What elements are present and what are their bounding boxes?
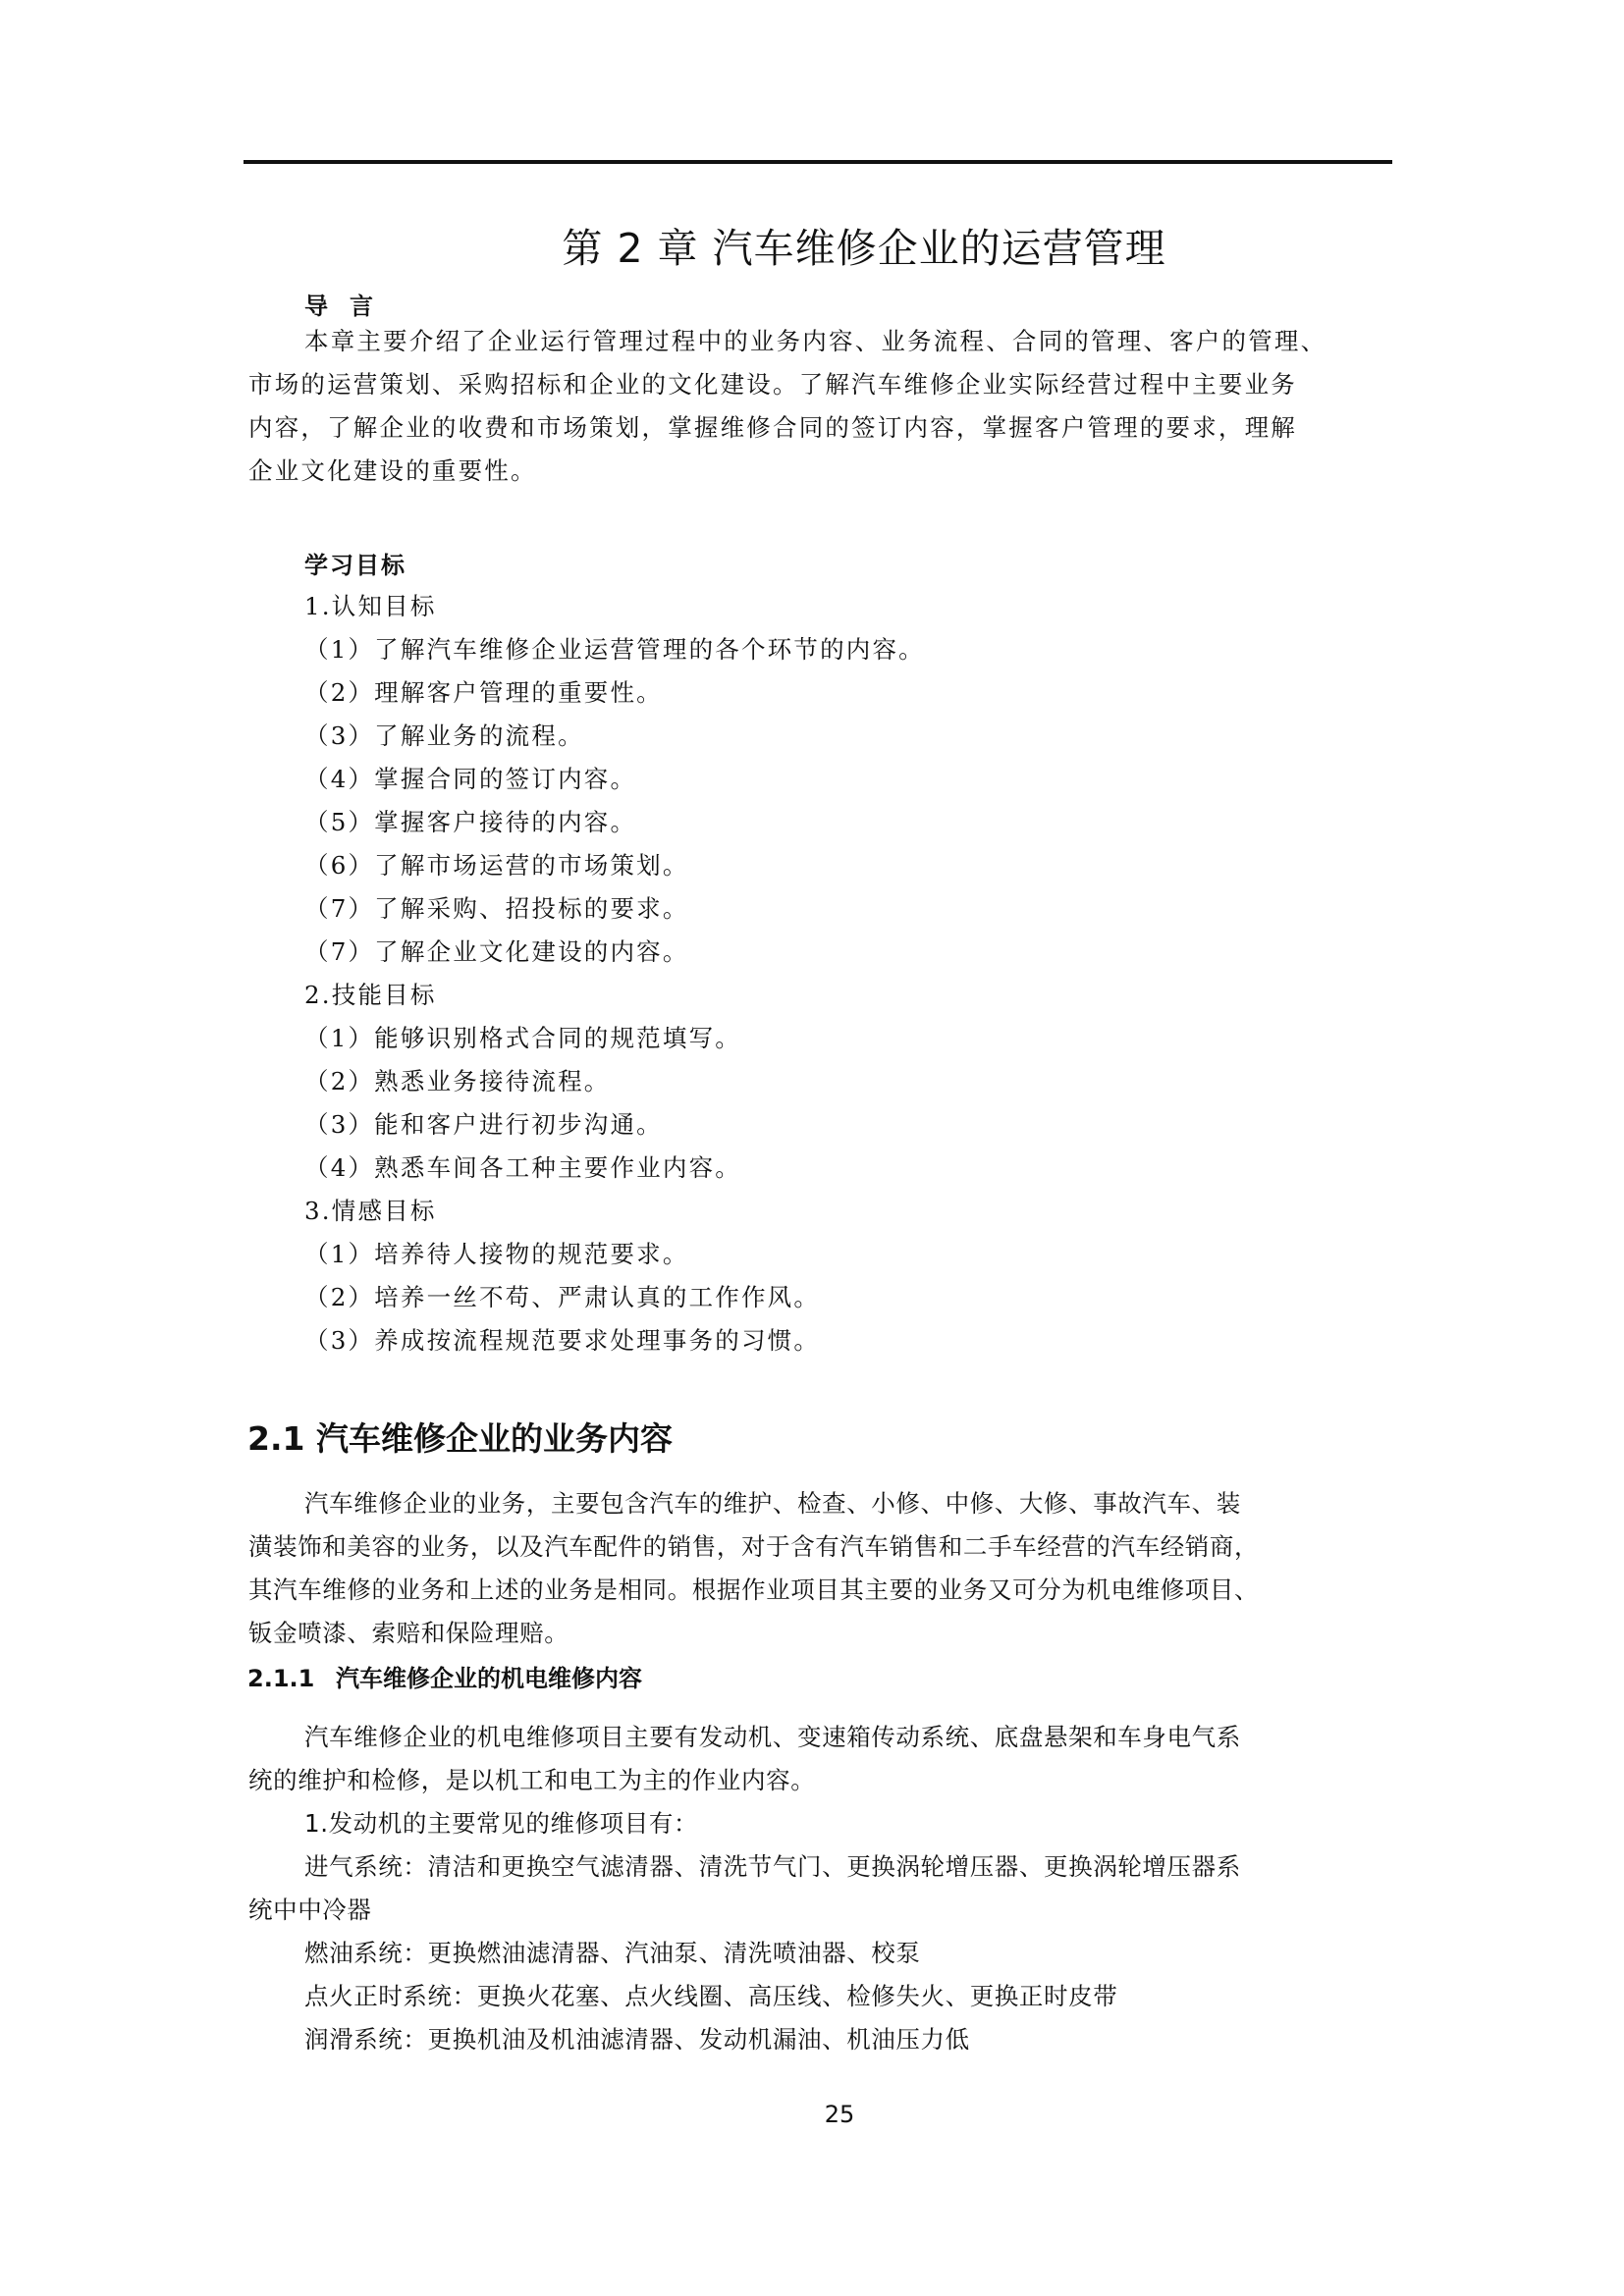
section-2-1-line: 钣金喷漆、索赔和保险理赔。 (248, 1612, 568, 1655)
objective-item: （3）了解业务的流程。 (304, 715, 584, 758)
section-2-1-1-line: 汽车维修企业的机电维修项目主要有发动机、变速箱传动系统、底盘悬架和车身电气系 (304, 1716, 1241, 1759)
objective-item: （3）能和客户进行初步沟通。 (304, 1103, 663, 1147)
section-heading-2-1-1: 2.1.1汽车维修企业的机电维修内容 (247, 1659, 642, 1693)
section-2-1-1-line: 统中中冷器 (248, 1889, 372, 1932)
objective-item: （3）养成按流程规范要求处理事务的习惯。 (304, 1319, 820, 1362)
objective-group-title: 1.认知目标 (304, 585, 437, 628)
objective-item: （7）了解企业文化建设的内容。 (304, 931, 689, 974)
section-2-1-1-line: 燃油系统：更换燃油滤清器、汽油泵、清洗喷油器、校泵 (304, 1932, 921, 1975)
objective-item: （1）培养待人接物的规范要求。 (304, 1233, 689, 1276)
section-2-1-1-line: 润滑系统：更换机油及机油滤清器、发动机漏油、机油压力低 (304, 2018, 970, 2061)
objective-item: （7）了解采购、招投标的要求。 (304, 887, 689, 931)
objective-item: （5）掌握客户接待的内容。 (304, 801, 636, 844)
intro-line: 本章主要介绍了企业运行管理过程中的业务内容、业务流程、合同的管理、客户的管理、 (304, 320, 1326, 363)
objective-item: （4）熟悉车间各工种主要作业内容。 (304, 1147, 741, 1190)
header-rule (244, 160, 1392, 164)
intro-heading: 导言 (304, 287, 395, 321)
section-number: 2.1.1 (247, 1665, 336, 1692)
section-2-1-1-line: 1.发动机的主要常见的维修项目有： (304, 1802, 698, 1845)
objective-group-title: 3.情感目标 (304, 1190, 437, 1233)
objective-item: （6）了解市场运营的市场策划。 (304, 844, 689, 887)
section-2-1-line: 汽车维修企业的业务，主要包含汽车的维护、检查、小修、中修、大修、事故汽车、装 (304, 1482, 1241, 1525)
intro-line: 内容，了解企业的收费和市场策划，掌握维修合同的签订内容，掌握客户管理的要求，理解 (248, 406, 1297, 450)
intro-line: 市场的运营策划、采购招标和企业的文化建设。了解汽车维修企业实际经营过程中主要业务 (248, 363, 1297, 406)
objective-item: （2）理解客户管理的重要性。 (304, 671, 663, 715)
objective-group-title: 2.技能目标 (304, 974, 437, 1017)
intro-line: 企业文化建设的重要性。 (248, 450, 537, 493)
objective-item: （1）能够识别格式合同的规范填写。 (304, 1017, 741, 1060)
section-2-1-1-line: 统的维护和检修，是以机工和电工为主的作业内容。 (248, 1759, 815, 1802)
page-number: 25 (0, 2101, 1624, 2128)
objective-item: （1）了解汽车维修企业运营管理的各个环节的内容。 (304, 628, 925, 671)
section-2-1-1-line: 点火正时系统：更换火花塞、点火线圈、高压线、检修失火、更换正时皮带 (304, 1975, 1117, 2018)
section-2-1-line: 潢装饰和美容的业务，以及汽车配件的销售，对于含有汽车销售和二手车经营的汽车经销商… (248, 1525, 1259, 1569)
objective-item: （4）掌握合同的签订内容。 (304, 758, 636, 801)
section-2-1-line: 其汽车维修的业务和上述的业务是相同。根据作业项目其主要的业务又可分为机电维修项目… (248, 1569, 1259, 1612)
section-title: 汽车维修企业的机电维修内容 (336, 1665, 642, 1692)
section-heading-2-1: 2.1 汽车维修企业的业务内容 (247, 1414, 673, 1460)
objective-item: （2）熟悉业务接待流程。 (304, 1060, 611, 1103)
objectives-heading: 学习目标 (304, 546, 406, 580)
section-2-1-1-line: 进气系统：清洁和更换空气滤清器、清洗节气门、更换涡轮增压器、更换涡轮增压器系 (304, 1845, 1241, 1889)
objective-item: （2）培养一丝不苟、严肃认真的工作作风。 (304, 1276, 820, 1319)
chapter-title: 第 2 章 汽车维修企业的运营管理 (0, 216, 1624, 274)
